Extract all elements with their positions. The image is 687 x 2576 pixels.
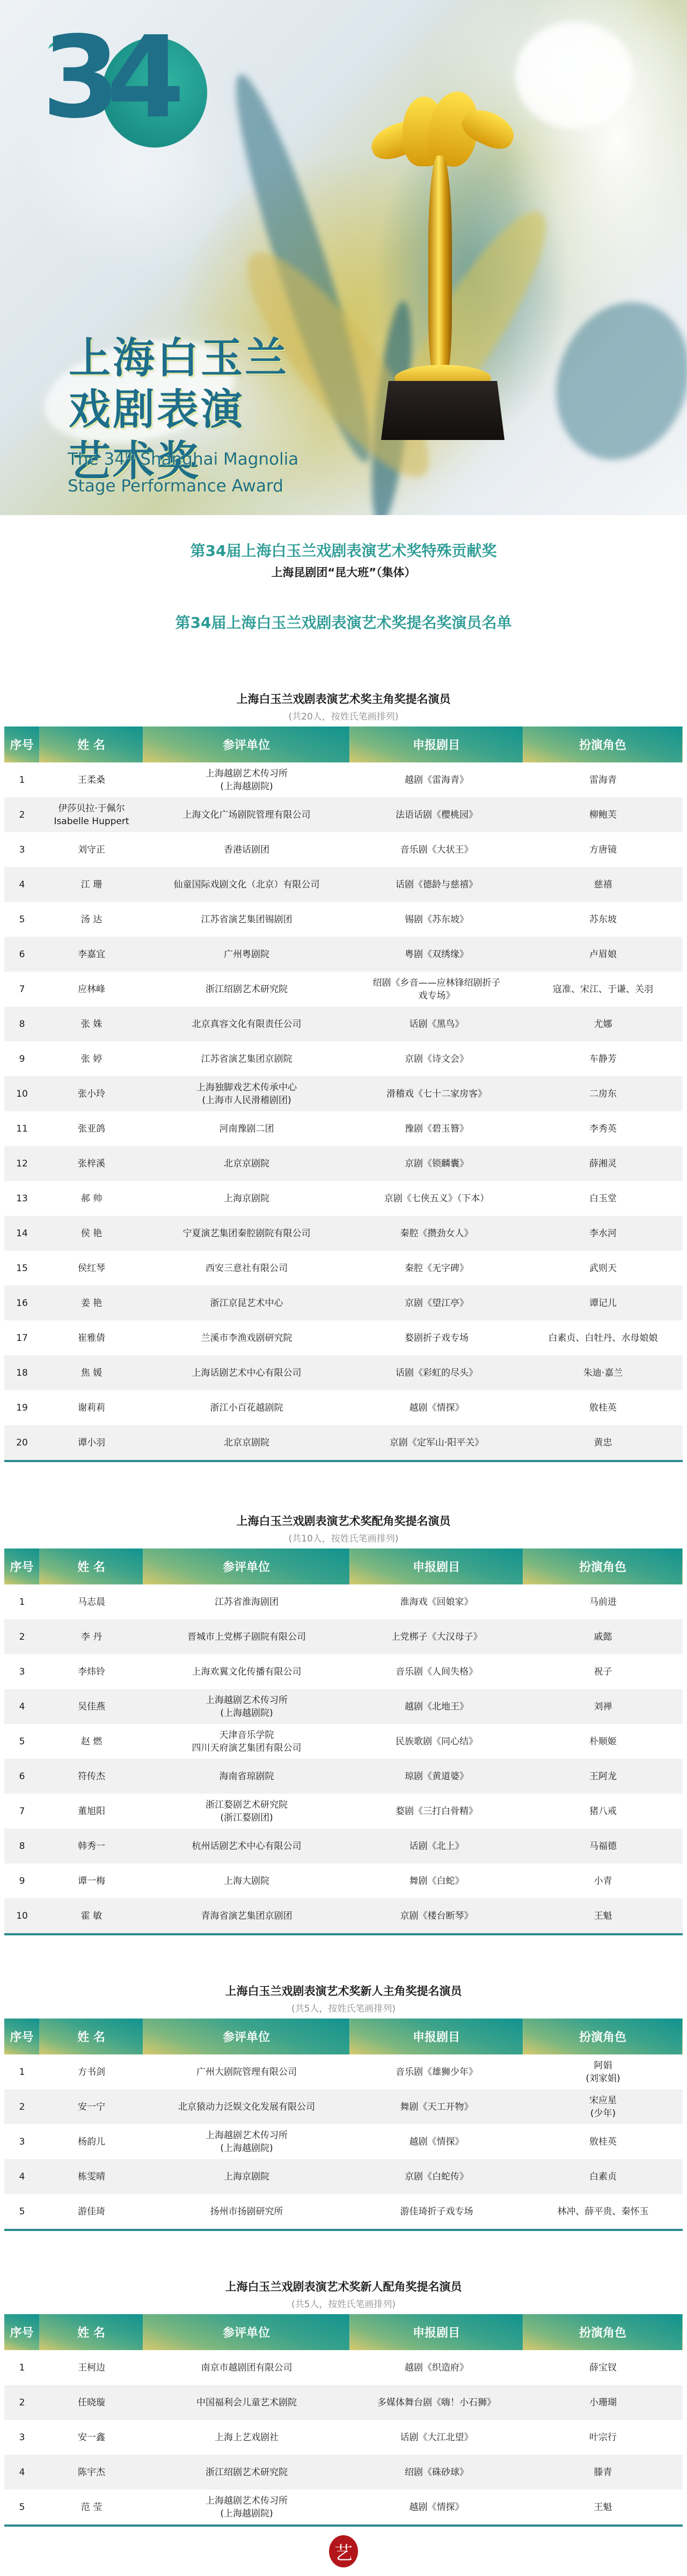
cell-col-play: 话剧《大江北望》 xyxy=(350,2420,523,2455)
cell-col-index: 10 xyxy=(4,1898,40,1933)
cell-col-role: 寇准、宋江、于谦、关羽 xyxy=(523,972,683,1007)
cell-col-role: 滕青 xyxy=(523,2455,683,2490)
cell-col-unit: 浙江绍剧艺术研究院 xyxy=(143,972,350,1007)
cell-col-play: 豫剧《碧玉簪》 xyxy=(350,1111,523,1146)
cell-col-name: 谭一梅 xyxy=(40,1863,143,1898)
cell-col-unit: 江苏省演艺集团京剧院 xyxy=(143,1041,350,1076)
table-row: 8张 姝北京真容文化有限责任公司话剧《黑鸟》尤娜 xyxy=(4,1007,683,1041)
cell-col-play: 淮海戏《回娘家》 xyxy=(350,1584,523,1619)
table-row: 3刘守正香港话剧团音乐剧《大状王》方唐镜 xyxy=(4,832,683,867)
table-row: 5赵 燃天津音乐学院 四川天府演艺集团有限公司民族歌剧《同心结》朴顺姬 xyxy=(4,1724,683,1759)
section-title: 上海白玉兰戏剧表演艺术奖配角奖提名演员 xyxy=(0,1513,687,1529)
table-header: 序号姓 名参评单位申报剧目扮演角色 xyxy=(4,726,683,762)
table-header: 序号姓 名参评单位申报剧目扮演角色 xyxy=(4,1548,683,1584)
hero-english-title-line1: The 34th Shanghai Magnolia xyxy=(68,450,298,469)
header-col-unit: 参评单位 xyxy=(143,1548,350,1584)
section-note: (共20人，按姓氏笔画排列) xyxy=(0,709,687,722)
header-col-name: 姓 名 xyxy=(40,726,143,762)
cell-col-play: 京剧《诗文会》 xyxy=(350,1041,523,1076)
special-award-recipient: 上海昆剧团“昆大班”（集体） xyxy=(0,564,687,580)
cell-col-index: 5 xyxy=(4,902,40,937)
table-row: 3杨韵儿上海越剧艺术传习所 (上海越剧院)越剧《情探》敫桂英 xyxy=(4,2124,683,2159)
cell-col-name: 姜 艳 xyxy=(40,1286,143,1320)
cell-col-index: 17 xyxy=(4,1320,40,1355)
cell-col-name: 杨韵儿 xyxy=(40,2124,143,2159)
cell-col-role: 尤娜 xyxy=(523,1007,683,1041)
cell-col-play: 绍剧《乡音——应林锋绍剧折子 戏专场》 xyxy=(350,972,523,1007)
cell-col-name: 崔雅倩 xyxy=(40,1320,143,1355)
cell-col-role: 二房东 xyxy=(523,1076,683,1111)
cell-col-name: 安一宁 xyxy=(40,2089,143,2124)
cell-col-role: 雷海青 xyxy=(523,762,683,797)
cell-col-index: 4 xyxy=(4,2159,40,2194)
cell-col-unit: 上海越剧艺术传习所 (上海越剧院) xyxy=(143,2124,350,2159)
table-row: 2任晓璇中国福利会儿童艺术剧院多媒体舞台剧《嗨！小石狮》小珊瑚 xyxy=(4,2385,683,2420)
header-col-play: 申报剧目 xyxy=(350,726,523,762)
table-row: 18焦 媛上海话剧艺术中心有限公司话剧《彩虹的尽头》朱迪·嘉兰 xyxy=(4,1355,683,1390)
cell-col-index: 12 xyxy=(4,1146,40,1181)
cell-col-role: 马前进 xyxy=(523,1584,683,1619)
nominee-list-title: 第34届上海白玉兰戏剧表演艺术奖提名奖演员名单 xyxy=(0,611,687,633)
english-prefix: The 34 xyxy=(68,450,125,469)
cell-col-role: 白素贞、白牡丹、水母娘娘 xyxy=(523,1320,683,1355)
cell-col-index: 4 xyxy=(4,1689,40,1724)
table-row: 10霍 敏青海省演艺集团京剧团京剧《楼台断琴》王魁 xyxy=(4,1898,683,1933)
cell-col-name: 吴佳燕 xyxy=(40,1689,143,1724)
section-lead-actor-header: 上海白玉兰戏剧表演艺术奖主角奖提名演员 (共20人，按姓氏笔画排列) xyxy=(0,691,687,722)
header-col-unit: 参评单位 xyxy=(143,726,350,762)
cell-col-name: 郝 帅 xyxy=(40,1181,143,1216)
cell-col-play: 上党梆子《大汉母子》 xyxy=(350,1619,523,1654)
cell-col-name: 谢莉莉 xyxy=(40,1390,143,1425)
cell-col-role: 小珊瑚 xyxy=(523,2385,683,2420)
cell-col-index: 10 xyxy=(4,1076,40,1111)
cell-col-unit: 广州大剧院管理有限公司 xyxy=(143,2054,350,2089)
cell-col-play: 锡剧《苏东坡》 xyxy=(350,902,523,937)
cell-col-name: 江 珊 xyxy=(40,867,143,902)
edition-number: 34 xyxy=(42,21,171,134)
cell-col-unit: 广州粤剧院 xyxy=(143,937,350,972)
cell-col-index: 13 xyxy=(4,1181,40,1216)
table-row: 7应林峰浙江绍剧艺术研究院绍剧《乡音——应林锋绍剧折子 戏专场》寇准、宋江、于谦… xyxy=(4,972,683,1007)
cell-col-name: 赵 燃 xyxy=(40,1724,143,1759)
cell-col-name: 李嘉宜 xyxy=(40,937,143,972)
cell-col-unit: 北京京剧院 xyxy=(143,1425,350,1460)
cell-col-play: 粤剧《双绣缘》 xyxy=(350,937,523,972)
table-row: 20谭小羽北京京剧院京剧《定军山·阳平关》黄忠 xyxy=(4,1425,683,1460)
cell-col-unit: 浙江小百花越剧院 xyxy=(143,1390,350,1425)
hero-title-line: 上海白玉兰 xyxy=(69,333,289,384)
cell-col-name: 汤 达 xyxy=(40,902,143,937)
hero-english-title-line2: Stage Performance Award xyxy=(68,476,283,496)
cell-col-name: 符传杰 xyxy=(40,1759,143,1794)
cell-col-play: 越剧《雷海青》 xyxy=(350,762,523,797)
cell-col-index: 2 xyxy=(4,2089,40,2124)
cell-col-play: 音乐剧《人间失格》 xyxy=(350,1654,523,1689)
cell-col-index: 7 xyxy=(4,972,40,1007)
cell-col-role: 白素贞 xyxy=(523,2159,683,2194)
cell-col-play: 越剧《织造府》 xyxy=(350,2350,523,2385)
cell-col-index: 6 xyxy=(4,937,40,972)
cell-col-play: 话剧《彩虹的尽头》 xyxy=(350,1355,523,1390)
table-row: 5汤 达江苏省演艺集团锡剧团锡剧《苏东坡》苏东坡 xyxy=(4,902,683,937)
cell-col-unit: 上海越剧艺术传习所 (上海越剧院) xyxy=(143,762,350,797)
table-lead-actor: 序号姓 名参评单位申报剧目扮演角色1王柔桑上海越剧艺术传习所 (上海越剧院)越剧… xyxy=(4,726,683,1462)
table-row: 14侯 艳宁夏演艺集团秦腔剧院有限公司秦腔《攒劲女人》李水河 xyxy=(4,1216,683,1251)
cell-col-role: 朴顺姬 xyxy=(523,1724,683,1759)
cell-col-role: 宋应星 (少年) xyxy=(523,2089,683,2124)
cell-col-index: 5 xyxy=(4,2490,40,2524)
cell-col-index: 4 xyxy=(4,2455,40,2490)
cell-col-play: 舞剧《白蛇》 xyxy=(350,1863,523,1898)
cell-col-unit: 兰溪市李渔戏剧研究院 xyxy=(143,1320,350,1355)
table-row: 5范 莹上海越剧艺术传习所 (上海越剧院)越剧《情探》王魁 xyxy=(4,2490,683,2524)
cell-col-role: 敫桂英 xyxy=(523,2124,683,2159)
table-row: 2伊莎贝拉·于佩尔 Isabelle Huppert上海文化广场剧院管理有限公司… xyxy=(4,797,683,832)
table-header: 序号姓 名参评单位申报剧目扮演角色 xyxy=(4,2019,683,2054)
table-supporting-actor: 序号姓 名参评单位申报剧目扮演角色1马志晨江苏省淮海剧团淮海戏《回娘家》马前进2… xyxy=(4,1548,683,1935)
cell-col-name: 谭小羽 xyxy=(40,1425,143,1460)
table-row: 6李嘉宜广州粤剧院粤剧《双绣缘》卢眉娘 xyxy=(4,937,683,972)
cell-col-play: 秦腔《攒劲女人》 xyxy=(350,1216,523,1251)
table-row: 4江 珊仙童国际戏剧文化（北京）有限公司话剧《德龄与慈禧》慈禧 xyxy=(4,867,683,902)
header-col-index: 序号 xyxy=(4,726,40,762)
cell-col-role: 黄忠 xyxy=(523,1425,683,1460)
cell-col-name: 董旭阳 xyxy=(40,1794,143,1829)
cell-col-index: 1 xyxy=(4,2350,40,2385)
cell-col-unit: 香港话剧团 xyxy=(143,832,350,867)
section-note: (共5人，按姓氏笔画排列) xyxy=(0,2296,687,2310)
cell-col-play: 婺剧折子戏专场 xyxy=(350,1320,523,1355)
cell-col-play: 琼剧《黄道婆》 xyxy=(350,1759,523,1794)
cell-col-index: 5 xyxy=(4,2194,40,2229)
section-title: 上海白玉兰戏剧表演艺术奖主角奖提名演员 xyxy=(0,691,687,707)
cell-col-index: 2 xyxy=(4,1619,40,1654)
cell-col-unit: 晋城市上党梆子剧院有限公司 xyxy=(143,1619,350,1654)
cell-col-role: 朱迪·嘉兰 xyxy=(523,1355,683,1390)
cell-col-unit: 青海省演艺集团京剧团 xyxy=(143,1898,350,1933)
cell-col-name: 张 婷 xyxy=(40,1041,143,1076)
cell-col-unit: 上海越剧艺术传习所 (上海越剧院) xyxy=(143,1689,350,1724)
cell-col-role: 小青 xyxy=(523,1863,683,1898)
header-col-role: 扮演角色 xyxy=(523,726,683,762)
special-award-title: 第34届上海白玉兰戏剧表演艺术奖特殊贡献奖 xyxy=(0,539,687,561)
cell-col-index: 6 xyxy=(4,1759,40,1794)
cell-col-unit: 上海欢翼文化传播有限公司 xyxy=(143,1654,350,1689)
table-row: 1方书剑广州大剧院管理有限公司音乐剧《雄狮少年》阿娟 (刘家娟) xyxy=(4,2054,683,2089)
header-col-role: 扮演角色 xyxy=(523,1548,683,1584)
table-row: 4吴佳燕上海越剧艺术传习所 (上海越剧院)越剧《北地王》刘禅 xyxy=(4,1689,683,1724)
table-row: 2安一宁北京猿动力泛娱文化发展有限公司舞剧《天工开物》宋应星 (少年) xyxy=(4,2089,683,2124)
cell-col-unit: 西安三意社有限公司 xyxy=(143,1251,350,1286)
cell-col-index: 5 xyxy=(4,1724,40,1759)
cell-col-name: 侯红琴 xyxy=(40,1251,143,1286)
cell-col-unit: 北京真容文化有限责任公司 xyxy=(143,1007,350,1041)
edition-34-logo: 34 xyxy=(21,32,247,156)
header-col-index: 序号 xyxy=(4,1548,40,1584)
cell-col-name: 韩秀一 xyxy=(40,1829,143,1863)
hero-banner: 34 上海白玉兰 戏剧表演 艺术奖 xyxy=(0,0,687,515)
cell-col-role: 武则天 xyxy=(523,1251,683,1286)
table-row: 13郝 帅上海京剧院京剧《七侠五义》（下本）白玉堂 xyxy=(4,1181,683,1216)
cell-col-role: 薛湘灵 xyxy=(523,1146,683,1181)
cell-col-name: 侯 艳 xyxy=(40,1216,143,1251)
cell-col-role: 王魁 xyxy=(523,1898,683,1933)
cell-col-play: 京剧《白蛇传》 xyxy=(350,2159,523,2194)
cell-col-index: 1 xyxy=(4,762,40,797)
cell-col-play: 京剧《七侠五义》（下本） xyxy=(350,1181,523,1216)
header-col-unit: 参评单位 xyxy=(143,2019,350,2054)
cell-col-index: 1 xyxy=(4,2054,40,2089)
cell-col-play: 京剧《望江亭》 xyxy=(350,1286,523,1320)
brush-stroke xyxy=(535,283,687,479)
cell-col-name: 任晓璇 xyxy=(40,2385,143,2420)
header-col-unit: 参评单位 xyxy=(143,2314,350,2350)
table-row: 1王柯边南京市越剧团有限公司越剧《织造府》薛宝钗 xyxy=(4,2350,683,2385)
hero-title-line: 戏剧表演 xyxy=(69,384,289,436)
table-row: 7董旭阳浙江婺剧艺术研究院 (浙江婺剧团)婺剧《三打白骨精》猪八戒 xyxy=(4,1794,683,1829)
cell-col-play: 绍剧《硃砂球》 xyxy=(350,2455,523,2490)
cell-col-name: 游佳琦 xyxy=(40,2194,143,2229)
cell-col-name: 陈宇杰 xyxy=(40,2455,143,2490)
cell-col-index: 7 xyxy=(4,1794,40,1829)
table-row: 3李炜铃上海欢翼文化传播有限公司音乐剧《人间失格》祝子 xyxy=(4,1654,683,1689)
section-title: 上海白玉兰戏剧表演艺术奖新人配角奖提名演员 xyxy=(0,2278,687,2294)
cell-col-name: 张小玲 xyxy=(40,1076,143,1111)
cell-col-index: 1 xyxy=(4,1584,40,1619)
cell-col-name: 张 姝 xyxy=(40,1007,143,1041)
cell-col-role: 车静芳 xyxy=(523,1041,683,1076)
cell-col-index: 3 xyxy=(4,832,40,867)
header-col-index: 序号 xyxy=(4,2314,40,2350)
table-newcomer-supporting: 序号姓 名参评单位申报剧目扮演角色1王柯边南京市越剧团有限公司越剧《织造府》薛宝… xyxy=(4,2314,683,2527)
cell-col-name: 方书剑 xyxy=(40,2054,143,2089)
magnolia-trophy-icon xyxy=(370,97,510,440)
cell-col-role: 林冲、薛平贵、秦怀玉 xyxy=(523,2194,683,2229)
cell-col-unit: 上海文化广场剧院管理有限公司 xyxy=(143,797,350,832)
english-suffix: Shanghai Magnolia xyxy=(135,450,298,469)
cell-col-unit: 上海越剧艺术传习所 (上海越剧院) xyxy=(143,2490,350,2524)
cell-col-name: 霍 敏 xyxy=(40,1898,143,1933)
cell-col-unit: 上海话剧艺术中心有限公司 xyxy=(143,1355,350,1390)
table-row: 9张 婷江苏省演艺集团京剧院京剧《诗文会》车静芳 xyxy=(4,1041,683,1076)
cell-col-index: 14 xyxy=(4,1216,40,1251)
cell-col-name: 王柯边 xyxy=(40,2350,143,2385)
cell-col-play: 游佳琦折子戏专场 xyxy=(350,2194,523,2229)
cell-col-name: 安一鑫 xyxy=(40,2420,143,2455)
table-row: 5游佳琦扬州市扬剧研究所游佳琦折子戏专场林冲、薛平贵、秦怀玉 xyxy=(4,2194,683,2229)
cell-col-role: 方唐镜 xyxy=(523,832,683,867)
cell-col-play: 越剧《北地王》 xyxy=(350,1689,523,1724)
cell-col-play: 滑稽戏《七十二家房客》 xyxy=(350,1076,523,1111)
cell-col-name: 张梓溪 xyxy=(40,1146,143,1181)
cell-col-unit: 中国福利会儿童艺术剧院 xyxy=(143,2385,350,2420)
table-row: 17崔雅倩兰溪市李渔戏剧研究院婺剧折子戏专场白素贞、白牡丹、水母娘娘 xyxy=(4,1320,683,1355)
header-col-name: 姓 名 xyxy=(40,2019,143,2054)
cell-col-index: 3 xyxy=(4,1654,40,1689)
cell-col-role: 王阿龙 xyxy=(523,1759,683,1794)
cell-col-unit: 江苏省演艺集团锡剧团 xyxy=(143,902,350,937)
cell-col-unit: 江苏省淮海剧团 xyxy=(143,1584,350,1619)
awards-header: 第34届上海白玉兰戏剧表演艺术奖特殊贡献奖 上海昆剧团“昆大班”（集体） 第34… xyxy=(0,539,687,633)
cell-col-play: 京剧《锁麟囊》 xyxy=(350,1146,523,1181)
cell-col-role: 卢眉娘 xyxy=(523,937,683,972)
cell-col-role: 阿娟 (刘家娟) xyxy=(523,2054,683,2089)
cell-col-name: 应林峰 xyxy=(40,972,143,1007)
table-row: 6符传杰海南省琼剧院琼剧《黄道婆》王阿龙 xyxy=(4,1759,683,1794)
cell-col-play: 京剧《楼台断琴》 xyxy=(350,1898,523,1933)
table-row: 10张小玲上海独脚戏艺术传承中心 (上海市人民滑稽剧团)滑稽戏《七十二家房客》二… xyxy=(4,1076,683,1111)
cell-col-role: 苏东坡 xyxy=(523,902,683,937)
english-ordinal: th xyxy=(125,450,135,461)
cell-col-unit: 上海大剧院 xyxy=(143,1863,350,1898)
header-col-name: 姓 名 xyxy=(40,1548,143,1584)
cell-col-index: 16 xyxy=(4,1286,40,1320)
cell-col-name: 李 丹 xyxy=(40,1619,143,1654)
cell-col-play: 音乐剧《雄狮少年》 xyxy=(350,2054,523,2089)
cell-col-play: 音乐剧《大状王》 xyxy=(350,832,523,867)
brush-stroke xyxy=(515,21,633,129)
section-supporting-actor-header: 上海白玉兰戏剧表演艺术奖配角奖提名演员 (共10人，按姓氏笔画排列) xyxy=(0,1513,687,1544)
table-row: 3安一鑫上海上艺戏剧社话剧《大江北望》叶宗行 xyxy=(4,2420,683,2455)
cell-col-play: 多媒体舞台剧《嗨！小石狮》 xyxy=(350,2385,523,2420)
cell-col-unit: 浙江绍剧艺术研究院 xyxy=(143,2455,350,2490)
cell-col-unit: 扬州市扬剧研究所 xyxy=(143,2194,350,2229)
header-col-name: 姓 名 xyxy=(40,2314,143,2350)
header-col-play: 申报剧目 xyxy=(350,2019,523,2054)
cell-col-role: 王魁 xyxy=(523,2490,683,2524)
cell-col-unit: 北京猿动力泛娱文化发展有限公司 xyxy=(143,2089,350,2124)
cell-col-role: 薛宝钗 xyxy=(523,2350,683,2385)
cell-col-role: 谭记儿 xyxy=(523,1286,683,1320)
cell-col-role: 祝子 xyxy=(523,1654,683,1689)
header-col-play: 申报剧目 xyxy=(350,2314,523,2350)
cell-col-name: 伊莎贝拉·于佩尔 Isabelle Huppert xyxy=(40,797,143,832)
table-newcomer-lead: 序号姓 名参评单位申报剧目扮演角色1方书剑广州大剧院管理有限公司音乐剧《雄狮少年… xyxy=(4,2019,683,2231)
cell-col-unit: 海南省琼剧院 xyxy=(143,1759,350,1794)
cell-col-role: 猪八戒 xyxy=(523,1794,683,1829)
cell-col-unit: 河南豫剧二团 xyxy=(143,1111,350,1146)
cell-col-unit: 北京京剧院 xyxy=(143,1146,350,1181)
cell-col-play: 话剧《黑鸟》 xyxy=(350,1007,523,1041)
cell-col-play: 京剧《定军山·阳平关》 xyxy=(350,1425,523,1460)
cell-col-name: 刘守正 xyxy=(40,832,143,867)
cell-col-name: 栋雯晴 xyxy=(40,2159,143,2194)
cell-col-unit: 杭州话剧艺术中心有限公司 xyxy=(143,1829,350,1863)
cell-col-index: 2 xyxy=(4,797,40,832)
table-row: 16姜 艳浙江京昆艺术中心京剧《望江亭》谭记儿 xyxy=(4,1286,683,1320)
cell-col-role: 敫桂英 xyxy=(523,1390,683,1425)
cell-col-play: 法语话剧《樱桃园》 xyxy=(350,797,523,832)
cell-col-unit: 上海京剧院 xyxy=(143,2159,350,2194)
header-col-role: 扮演角色 xyxy=(523,2314,683,2350)
cell-col-index: 15 xyxy=(4,1251,40,1286)
cell-col-play: 民族歌剧《同心结》 xyxy=(350,1724,523,1759)
cell-col-name: 张亚鸽 xyxy=(40,1111,143,1146)
cell-col-name: 范 莹 xyxy=(40,2490,143,2524)
section-note: (共5人，按姓氏笔画排列) xyxy=(0,2001,687,2014)
section-newcomer-supporting-header: 上海白玉兰戏剧表演艺术奖新人配角奖提名演员 (共5人，按姓氏笔画排列) xyxy=(0,2278,687,2310)
cell-col-role: 白玉堂 xyxy=(523,1181,683,1216)
table-row: 15侯红琴西安三意社有限公司秦腔《无字碑》武则天 xyxy=(4,1251,683,1286)
cell-col-name: 焦 媛 xyxy=(40,1355,143,1390)
cell-col-play: 越剧《情探》 xyxy=(350,1390,523,1425)
section-note: (共10人，按姓氏笔画排列) xyxy=(0,1531,687,1544)
footer: 艺 xyxy=(0,2527,687,2576)
table-row: 1马志晨江苏省淮海剧团淮海戏《回娘家》马前进 xyxy=(4,1584,683,1619)
table-row: 12张梓溪北京京剧院京剧《锁麟囊》薛湘灵 xyxy=(4,1146,683,1181)
cell-col-index: 8 xyxy=(4,1829,40,1863)
cell-col-name: 马志晨 xyxy=(40,1584,143,1619)
cell-col-role: 马福德 xyxy=(523,1829,683,1863)
section-newcomer-lead-header: 上海白玉兰戏剧表演艺术奖新人主角奖提名演员 (共5人，按姓氏笔画排列) xyxy=(0,1983,687,2014)
cell-col-role: 柳鲍芙 xyxy=(523,797,683,832)
cell-col-index: 8 xyxy=(4,1007,40,1041)
cell-col-index: 3 xyxy=(4,2420,40,2455)
table-row: 9谭一梅上海大剧院舞剧《白蛇》小青 xyxy=(4,1863,683,1898)
cell-col-play: 话剧《北上》 xyxy=(350,1829,523,1863)
cell-col-index: 11 xyxy=(4,1111,40,1146)
cell-col-role: 戚懿 xyxy=(523,1619,683,1654)
cell-col-index: 20 xyxy=(4,1425,40,1460)
cell-col-index: 4 xyxy=(4,867,40,902)
cell-col-unit: 浙江婺剧艺术研究院 (浙江婺剧团) xyxy=(143,1794,350,1829)
header-col-play: 申报剧目 xyxy=(350,1548,523,1584)
cell-col-play: 舞剧《天工开物》 xyxy=(350,2089,523,2124)
seal-logo-icon: 艺 xyxy=(329,2535,358,2567)
cell-col-unit: 南京市越剧团有限公司 xyxy=(143,2350,350,2385)
cell-col-name: 李炜铃 xyxy=(40,1654,143,1689)
cell-col-unit: 上海上艺戏剧社 xyxy=(143,2420,350,2455)
cell-col-index: 9 xyxy=(4,1863,40,1898)
cell-col-role: 慈禧 xyxy=(523,867,683,902)
cell-col-role: 叶宗行 xyxy=(523,2420,683,2455)
cell-col-unit: 宁夏演艺集团秦腔剧院有限公司 xyxy=(143,1216,350,1251)
cell-col-index: 2 xyxy=(4,2385,40,2420)
table-row: 19谢莉莉浙江小百花越剧院越剧《情探》敫桂英 xyxy=(4,1390,683,1425)
cell-col-role: 李水河 xyxy=(523,1216,683,1251)
table-row: 2李 丹晋城市上党梆子剧院有限公司上党梆子《大汉母子》戚懿 xyxy=(4,1619,683,1654)
cell-col-unit: 上海独脚戏艺术传承中心 (上海市人民滑稽剧团) xyxy=(143,1076,350,1111)
cell-col-play: 秦腔《无字碑》 xyxy=(350,1251,523,1286)
cell-col-play: 越剧《情探》 xyxy=(350,2124,523,2159)
table-row: 4栋雯晴上海京剧院京剧《白蛇传》白素贞 xyxy=(4,2159,683,2194)
cell-col-unit: 天津音乐学院 四川天府演艺集团有限公司 xyxy=(143,1724,350,1759)
cell-col-index: 9 xyxy=(4,1041,40,1076)
cell-col-role: 李秀英 xyxy=(523,1111,683,1146)
cell-col-index: 3 xyxy=(4,2124,40,2159)
table-row: 8韩秀一杭州话剧艺术中心有限公司话剧《北上》马福德 xyxy=(4,1829,683,1863)
header-col-role: 扮演角色 xyxy=(523,2019,683,2054)
cell-col-unit: 上海京剧院 xyxy=(143,1181,350,1216)
cell-col-name: 王柔桑 xyxy=(40,762,143,797)
cell-col-index: 18 xyxy=(4,1355,40,1390)
table-row: 1王柔桑上海越剧艺术传习所 (上海越剧院)越剧《雷海青》雷海青 xyxy=(4,762,683,797)
cell-col-index: 19 xyxy=(4,1390,40,1425)
table-row: 11张亚鸽河南豫剧二团豫剧《碧玉簪》李秀英 xyxy=(4,1111,683,1146)
cell-col-play: 婺剧《三打白骨精》 xyxy=(350,1794,523,1829)
cell-col-role: 刘禅 xyxy=(523,1689,683,1724)
table-row: 4陈宇杰浙江绍剧艺术研究院绍剧《硃砂球》滕青 xyxy=(4,2455,683,2490)
section-title: 上海白玉兰戏剧表演艺术奖新人主角奖提名演员 xyxy=(0,1983,687,1999)
cell-col-play: 话剧《德龄与慈禧》 xyxy=(350,867,523,902)
header-col-index: 序号 xyxy=(4,2019,40,2054)
cell-col-play: 越剧《情探》 xyxy=(350,2490,523,2524)
cell-col-unit: 仙童国际戏剧文化（北京）有限公司 xyxy=(143,867,350,902)
table-header: 序号姓 名参评单位申报剧目扮演角色 xyxy=(4,2314,683,2350)
cell-col-unit: 浙江京昆艺术中心 xyxy=(143,1286,350,1320)
